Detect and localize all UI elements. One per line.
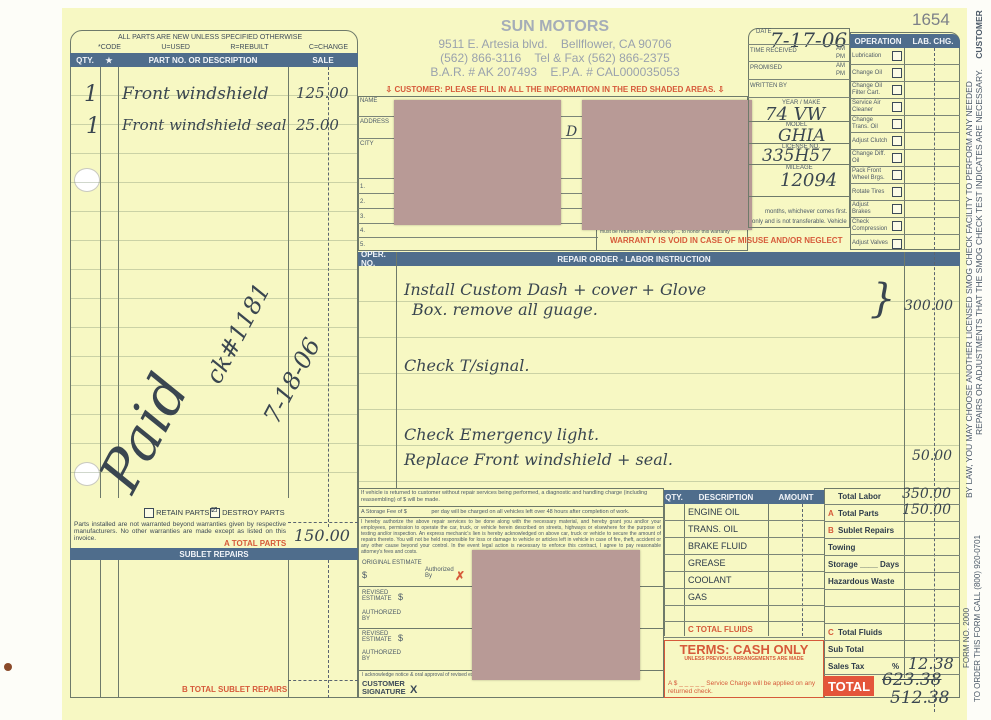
warranty-void-notice: WARRANTY IS VOID IN CASE OF MISUSE AND/O… [610, 236, 842, 245]
operation-label: Change Diff. Oil [852, 151, 888, 165]
part-desc: Front windshield [122, 84, 269, 104]
operation-checkbox[interactable] [892, 85, 902, 95]
parts-codes: *CODE U=USED R=REBUILT C=CHANGE [98, 44, 348, 51]
fluid-label: TRANS. OIL [688, 524, 738, 534]
operation-checkbox[interactable] [892, 119, 902, 129]
line-number: 3. [360, 214, 365, 220]
time-received-label: TIME RECEIVED [750, 48, 797, 54]
time-received-row[interactable]: TIME RECEIVEDAMPM [748, 44, 850, 62]
operation-label: Lubrication [852, 53, 888, 60]
operation-label: Change Oil Filter Cart. [852, 83, 888, 97]
part-qty: 1 [86, 114, 100, 139]
fluid-engine-oil[interactable]: ENGINE OIL [664, 504, 824, 521]
shop-phone: (562) 866-3116 Tel & Fax (562) 866-2375 [360, 51, 750, 65]
line-number: 4. [360, 228, 365, 234]
revised-estimate-label: REVISED ESTIMATE [362, 590, 392, 602]
operation-label: Change Oil [852, 70, 888, 77]
fluid-grease[interactable]: GREASE [664, 555, 824, 572]
total-parts-dash [288, 522, 358, 523]
total-label: Total Parts [838, 509, 879, 518]
divider [749, 196, 849, 197]
order-form-text: TO ORDER THIS FORM CALL (800) 920-0701 [973, 535, 982, 702]
operations-header: OPERATION LAB. CHG. [850, 34, 960, 48]
shop-ids: B.A.R. # AK 207493 E.P.A. # CAL000035053 [360, 65, 750, 79]
line-number: 1. [360, 184, 365, 190]
storage-fee-text: A Storage Fee of $ per day will be charg… [361, 509, 661, 515]
total-badge: TOTAL [824, 676, 874, 696]
original-estimate-label: ORIGINAL ESTIMATE [362, 560, 422, 566]
retain-parts-option[interactable]: RETAIN PARTS [144, 508, 209, 518]
blank-total-row [824, 590, 960, 607]
partial-handwriting: D [566, 124, 577, 140]
dollar-sign: $ [398, 592, 403, 602]
total-value: 512.38 [890, 688, 949, 708]
sublet-total-dash [288, 680, 358, 681]
divider [359, 517, 663, 518]
authorized-by-label: AUTHORIZED BY [362, 610, 398, 622]
labor-line: Check T/signal. [404, 356, 529, 375]
operation-label: Pack Front Wheel Brgs. [852, 168, 888, 182]
total-prefix: C [828, 628, 838, 637]
service-charge-note: A $ _ _ _ _ _ Service Charge will be app… [668, 680, 818, 696]
total-parts-label: A TOTAL PARTS [224, 539, 286, 548]
signature-x[interactable]: X [410, 684, 417, 696]
code-rebuilt: R=REBUILT [230, 44, 268, 51]
shop-address: 9511 E. Artesia blvd. Bellflower, CA 907… [360, 37, 750, 51]
operations-list: Lubrication Change Oil Change Oil Filter… [850, 48, 960, 252]
total-labor-value: 350.00 [902, 486, 951, 502]
smog-notice-line2: REPAIRS OR ADJUSTMENTS THAT THE SMOG CHE… [974, 10, 984, 435]
fluids-qty-header: QTY. [664, 493, 684, 502]
parts-code-header: ★ [100, 56, 118, 65]
operation-change-oil[interactable]: Change Oil [850, 65, 960, 82]
divider [328, 560, 329, 698]
operation-checkbox[interactable] [892, 153, 902, 163]
operation-adjust-brakes[interactable]: Adjust Brakes [850, 201, 960, 218]
parts-qty-header: QTY. [70, 56, 100, 65]
operation-service-air-cleaner[interactable]: Service Air Cleaner [850, 99, 960, 116]
fluid-label: ENGINE OIL [688, 507, 740, 517]
operation-label: Adjust Clutch [852, 138, 888, 145]
operation-change-trans-oil[interactable]: Change Trans. Oil [850, 116, 960, 133]
operation-check-compression[interactable]: Check Compression [850, 218, 960, 235]
divider [288, 560, 289, 698]
total-struck-value: 623.38 [882, 670, 941, 690]
terms-title: TERMS: CASH ONLY [664, 642, 824, 657]
fluid-coolant[interactable]: COOLANT [664, 572, 824, 589]
diagnostic-charge-text: If vehicle is returned to customer witho… [361, 490, 661, 504]
total-label: Sublet Repairs [838, 526, 894, 535]
labor-line: Install Custom Dash + cover + Glove [404, 280, 706, 299]
parts-sale-header: SALE [288, 56, 358, 65]
part-qty: 1 [84, 82, 98, 107]
smog-notice-text: REPAIRS OR ADJUSTMENTS THAT THE SMOG CHE… [974, 69, 984, 435]
labor-amount: 300.00 [904, 298, 953, 314]
total-parts-value: 150.00 [294, 526, 350, 545]
operation-change-diff-oil[interactable]: Change Diff. Oil [850, 150, 960, 167]
order-form-note: TO ORDER THIS FORM CALL (800) 920-0701 [973, 535, 982, 702]
total-label: Total Labor [838, 492, 881, 501]
part-sale: 25.00 [296, 116, 339, 134]
written-by-label: WRITTEN BY [750, 83, 787, 89]
code-used: U=USED [161, 44, 190, 51]
operation-change-oil-filter[interactable]: Change Oil Filter Cart. [850, 82, 960, 99]
am-label: AM [836, 63, 845, 69]
labor-amount: 50.00 [912, 448, 952, 464]
hazardous-waste-row: Hazardous Waste [824, 573, 960, 590]
operation-label: Service Air Cleaner [852, 100, 888, 114]
destroy-parts-label: DESTROY PARTS [222, 508, 285, 517]
divider [118, 560, 119, 698]
fluids-desc-header: DESCRIPTION [684, 493, 768, 502]
operation-rotate-tires[interactable]: Rotate Tires [850, 184, 960, 201]
fluid-label: COOLANT [688, 575, 732, 585]
name-label: NAME [360, 98, 377, 104]
total-parts-value: 150.00 [902, 502, 951, 518]
pm-label: PM [836, 54, 845, 60]
customer-signature-label: CUSTOMER SIGNATURE [362, 680, 412, 696]
operation-label: Rotate Tires [852, 189, 888, 196]
authorized-by-label: AUTHORIZED BY [362, 650, 398, 662]
customer-banner-text: CUSTOMER: PLEASE FILL IN ALL THE INFORMA… [394, 85, 715, 94]
form-no-text: FORM NO. 2000 [962, 608, 971, 668]
fluids-total-row: C TOTAL FLUIDS [664, 622, 824, 638]
divider [359, 506, 663, 507]
address-label: ADDRESS [360, 119, 389, 125]
bracket: } [870, 276, 895, 322]
total-label: TOTAL [828, 679, 870, 694]
operation-label: Check Compression [852, 219, 888, 233]
destroy-parts-checkbox[interactable]: ⧄ [210, 508, 220, 518]
code-change: C=CHANGE [309, 44, 348, 51]
fluid-label: GREASE [688, 558, 726, 568]
operation-pack-wheel-brgs[interactable]: Pack Front Wheel Brgs. [850, 167, 960, 184]
operation-lubrication[interactable]: Lubrication [850, 48, 960, 65]
line-number: 5. [360, 242, 365, 248]
operation-checkbox[interactable] [892, 187, 902, 197]
dollar-sign: $ [362, 570, 367, 580]
promised-row[interactable]: PROMISEDAMPM [748, 62, 850, 80]
operation-checkbox[interactable] [892, 136, 902, 146]
acknowledge-text: I acknowledge notice & oral approval of … [362, 672, 487, 678]
operation-checkbox[interactable] [892, 204, 902, 214]
parts-desc-header: PART NO. OR DESCRIPTION [118, 56, 288, 65]
dollar-sign: $ [398, 633, 403, 643]
labor-line: Replace Front windshield + seal. [404, 450, 673, 469]
operation-adjust-valves[interactable]: Adjust Valves [850, 235, 960, 252]
smog-notice-text: BY LAW, YOU MAY CHOOSE ANOTHER LICENSED … [964, 81, 974, 498]
redacted-area [582, 100, 752, 230]
city-label: CITY [360, 141, 374, 147]
divider [749, 121, 849, 122]
fluids-list: ENGINE OIL TRANS. OIL BRAKE FLUID GREASE… [664, 504, 824, 638]
blank-total-row [824, 607, 960, 624]
total-label: Storage ____ Days [828, 560, 899, 569]
divider [100, 560, 101, 698]
destroy-parts-option[interactable]: ⧄ DESTROY PARTS [210, 508, 285, 518]
total-fluids-row: CTotal Fluids [824, 624, 960, 641]
total-label: Total Fluids [838, 628, 882, 637]
license-value: 335H57 [762, 146, 831, 166]
sublet-header: SUBLET REPAIRS [70, 548, 358, 560]
mileage-value: 12094 [780, 170, 837, 191]
labor-line: Check Emergency light. [404, 425, 599, 444]
written-by-row[interactable]: WRITTEN BY [748, 80, 850, 98]
arrow-down-icon: ⇩ [716, 85, 725, 94]
am-label: AM [836, 46, 845, 52]
parts-top-note: ALL PARTS ARE NEW UNLESS SPECIFIED OTHER… [118, 34, 302, 41]
sublet-header-label: SUBLET REPAIRS [179, 550, 248, 559]
revised-estimate-label: REVISED ESTIMATE [362, 631, 392, 643]
lab-chg-header: LAB. CHG. [906, 37, 960, 46]
divider [904, 252, 905, 488]
operation-checkbox[interactable] [892, 102, 902, 112]
operation-label: Change Trans. Oil [852, 117, 888, 131]
fluid-trans-oil[interactable]: TRANS. OIL [664, 521, 824, 538]
redacted-area [472, 550, 640, 680]
retain-parts-label: RETAIN PARTS [156, 508, 209, 517]
storage-row: Storage ____ Days [824, 556, 960, 573]
fluids-total-label: C TOTAL FLUIDS [688, 625, 753, 634]
operation-checkbox[interactable] [892, 68, 902, 78]
part-sale: 125.00 [296, 84, 349, 102]
towing-row: Towing [824, 539, 960, 556]
operation-adjust-clutch[interactable]: Adjust Clutch [850, 133, 960, 150]
total-label: Sub Total [828, 645, 864, 654]
labor-header: OPER. NO. REPAIR ORDER - LABOR INSTRUCTI… [358, 252, 960, 266]
form-number-label: FORM NO. 2000 [962, 608, 971, 668]
fluid-label: BRAKE FLUID [688, 541, 747, 551]
divider [749, 143, 849, 144]
operation-checkbox[interactable] [892, 51, 902, 61]
authorized-by-label: Authorized By [425, 567, 455, 579]
total-prefix: B [828, 526, 838, 535]
x-mark: ✗ [455, 569, 465, 583]
fluids-amount-header: AMOUNT [768, 493, 824, 502]
operation-label: Adjust Brakes [852, 202, 888, 216]
ink-stain [4, 663, 12, 671]
promised-label: PROMISED [750, 65, 782, 71]
redacted-area [394, 100, 561, 225]
labor-instruction-header: REPAIR ORDER - LABOR INSTRUCTION [399, 255, 869, 264]
operation-checkbox[interactable] [892, 221, 902, 231]
part-desc: Front windshield seal [122, 116, 286, 134]
pm-label: PM [836, 71, 845, 77]
terms-subtitle: UNLESS PREVIOUS ARRANGEMENTS ARE MADE [664, 656, 824, 662]
shop-name: SUN MOTORS [360, 18, 750, 36]
line-number: 2. [360, 199, 365, 205]
total-label: Hazardous Waste [828, 577, 894, 586]
fluid-brake-fluid[interactable]: BRAKE FLUID [664, 538, 824, 555]
smog-notice-line1: BY LAW, YOU MAY CHOOSE ANOTHER LICENSED … [964, 81, 974, 498]
operation-checkbox[interactable] [892, 170, 902, 180]
operation-checkbox[interactable] [892, 239, 902, 249]
numbered-line[interactable]: 4. [358, 224, 598, 238]
sublet-repairs-row: BSublet Repairs [824, 522, 960, 539]
divider [396, 252, 397, 488]
form-number: 1654 [912, 10, 950, 30]
total-label: Towing [828, 543, 855, 552]
customer-banner: ⇩ CUSTOMER: PLEASE FILL IN ALL THE INFOR… [360, 85, 750, 94]
customer-initial-label: CUSTOMER [974, 10, 984, 59]
fluid-label: GAS [688, 592, 707, 602]
total-sublet-label: B TOTAL SUBLET REPAIRS [182, 685, 287, 694]
divider [749, 164, 849, 165]
fluids-header: QTY. DESCRIPTION AMOUNT [664, 490, 824, 504]
labor-line: Box. remove all guage. [412, 300, 598, 319]
parts-header: QTY. ★ PART NO. OR DESCRIPTION SALE [70, 53, 358, 67]
fluid-blank[interactable] [664, 606, 824, 622]
retain-parts-checkbox[interactable] [144, 508, 154, 518]
code-legend: *CODE [98, 44, 121, 51]
operation-label: Adjust Valves [852, 240, 888, 247]
operation-header: OPERATION [850, 37, 906, 46]
fluid-gas[interactable]: GAS [664, 589, 824, 606]
total-prefix: A [828, 509, 838, 518]
